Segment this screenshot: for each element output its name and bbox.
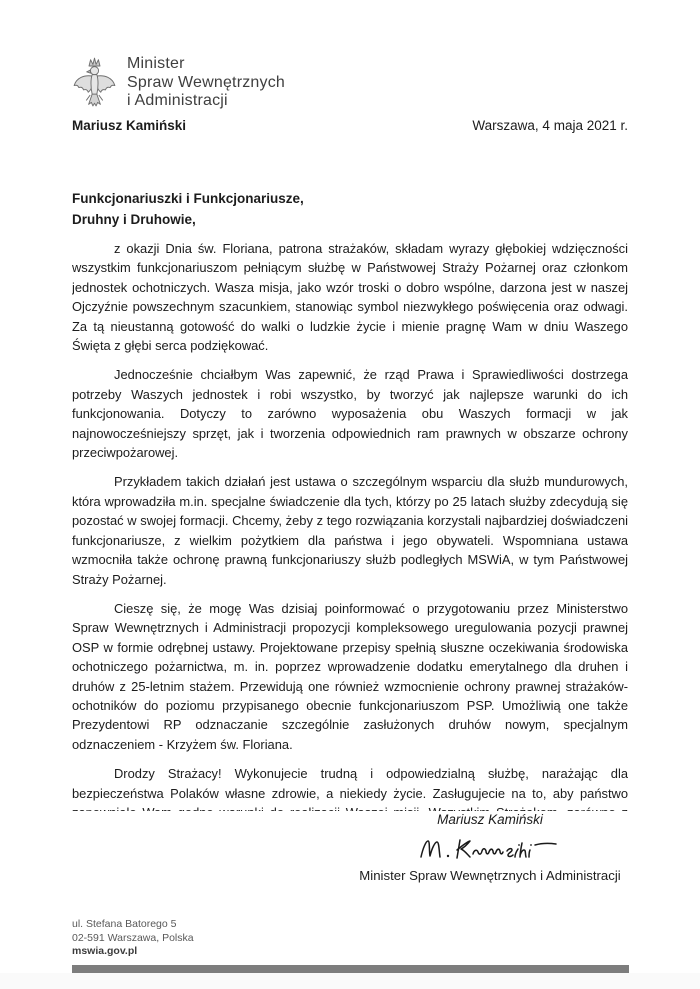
page-bottom-strip [0, 973, 700, 989]
paragraph: Jednocześnie chciałbym Was zapewnić, że … [72, 365, 628, 462]
ministry-title-line: i Administracji [127, 92, 285, 111]
paragraph: z okazji Dnia św. Floriana, patrona stra… [72, 239, 628, 355]
signature-title: Minister Spraw Wewnętrznych i Administra… [352, 868, 628, 883]
place-and-date: Warszawa, 4 maja 2021 r. [472, 118, 628, 133]
letterhead-bottom-bar [72, 965, 629, 973]
paragraph: Przykładem takich działań jest ustawa o … [72, 472, 628, 588]
ministry-title-line: Minister [127, 55, 285, 74]
handwritten-signature [415, 831, 565, 865]
paragraph: Cieszę się, że mogę Was dzisiaj poinform… [72, 599, 628, 754]
polish-eagle-emblem [71, 55, 118, 113]
ministry-title-line: Spraw Wewnętrznych [127, 74, 285, 93]
address-line: 02-591 Warszawa, Polska [72, 932, 194, 946]
address-line: ul. Stefana Batorego 5 [72, 918, 194, 932]
salutation-line: Funkcjonariuszki i Funkcjonariusze, [72, 188, 304, 209]
sender-name: Mariusz Kamiński [72, 118, 186, 133]
letter-body: z okazji Dnia św. Floriana, patrona stra… [72, 239, 628, 811]
signature-name: Mariusz Kamiński [352, 812, 628, 827]
name-date-row: Mariusz Kamiński Warszawa, 4 maja 2021 r… [72, 118, 628, 133]
salutation-line: Druhny i Druhowie, [72, 209, 304, 230]
website-text: mswia.gov.pl [72, 945, 194, 959]
salutation: Funkcjonariuszki i Funkcjonariusze, Druh… [72, 188, 304, 230]
letter-page: Minister Spraw Wewnętrznych i Administra… [0, 0, 700, 989]
signature-block: Mariusz Kamiński Minister Spraw Wewnętrz… [352, 812, 628, 883]
paragraph: Drodzy Strażacy! Wykonujecie trudną i od… [72, 764, 628, 811]
footer-address: ul. Stefana Batorego 5 02-591 Warszawa, … [72, 918, 194, 959]
ministry-title: Minister Spraw Wewnętrznych i Administra… [127, 55, 285, 111]
